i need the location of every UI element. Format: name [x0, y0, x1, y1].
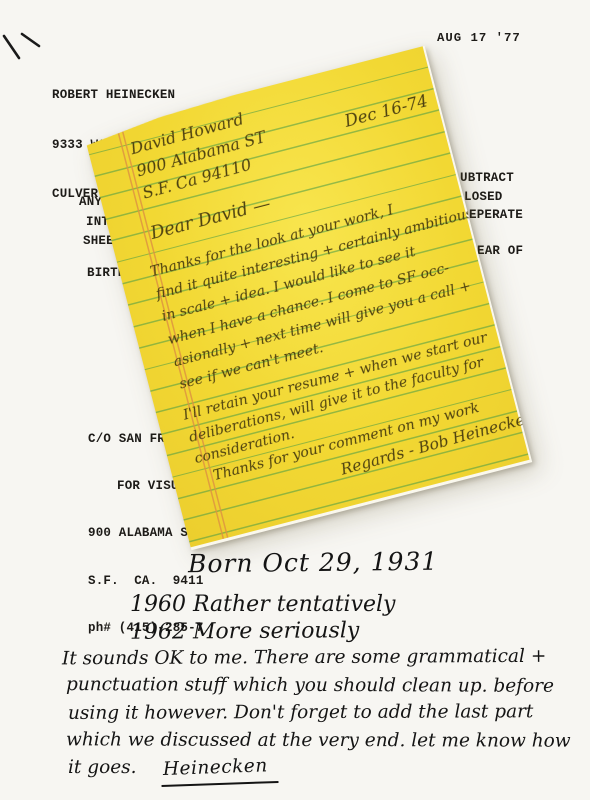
typed-fragment: LOSED [464, 190, 503, 204]
date-stamp: AUG 17 '77 [437, 31, 521, 45]
annotation-paragraph-line: punctuation stuff which you should clean… [66, 671, 571, 700]
typed-fragment: UBTRACT [460, 171, 514, 185]
annotation-paragraph-line: It sounds OK to me. There are some gramm… [62, 643, 571, 673]
note-recipient-block: David Howard 900 Alabama ST S.F. Ca 9411… [128, 103, 275, 205]
annotation-born: Born Oct 29, 1931 [188, 547, 439, 579]
letter-page: { "page": { "stamp": "AUG 17 '77", "send… [0, 0, 590, 800]
contact-line: S.F. CA. 9411 [88, 574, 204, 593]
annotation-paragraph-line: which we discussed at the very end. let … [66, 726, 571, 755]
typed-fragment: ANY [79, 195, 102, 209]
signature: Heinecken [160, 752, 278, 787]
annotation-paragraph-line: it goes. Heinecken [68, 754, 571, 785]
annotation-year-line: 1960 Rather tentatively [130, 592, 395, 617]
typed-fragment: EAR OF [477, 244, 523, 258]
annotation-paragraph-line: using it however. Don't forget to add th… [68, 698, 571, 727]
sender-line: ROBERT HEINECKEN [52, 88, 191, 110]
pen-slash-marks [0, 0, 60, 70]
annotation-last-words: it goes. [68, 754, 137, 782]
annotation-year-line: 1962 More seriously [130, 618, 359, 645]
typed-fragment: SHEE [83, 234, 114, 248]
annotation-paragraph: It sounds OK to me. There are some gramm… [62, 644, 571, 785]
typed-fragment: EPERATE [469, 208, 523, 222]
note-date: Dec 16-74 [343, 91, 430, 131]
